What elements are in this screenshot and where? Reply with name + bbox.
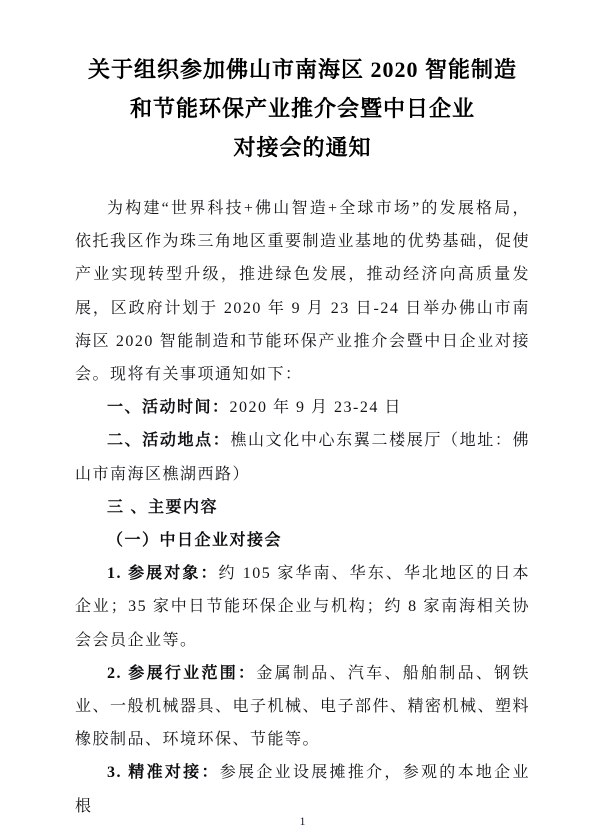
item-industry-scope-label: 2. 参展行业范围：: [107, 665, 256, 682]
document-title: 关于组织参加佛山市南海区 2020 智能制造 和节能环保产业推介会暨中日企业 对…: [0, 50, 605, 167]
item-precise-matching: 3. 精准对接：参展企业设展摊推介，参观的本地企业根: [75, 756, 530, 822]
item-exhibitors: 1. 参展对象：约 105 家华南、华东、华北地区的日本企业；35 家中日节能环…: [75, 557, 530, 657]
section-time: 一、活动时间：2020 年 9 月 23-24 日: [75, 391, 530, 424]
item-industry-scope: 2. 参展行业范围：金属制品、汽车、船舶制品、钢铁业、一般机械器具、电子机械、电…: [75, 657, 530, 757]
subsection-heading: （一）中日企业对接会: [75, 524, 530, 557]
document-body: 为构建“世界科技+佛山智造+全球市场”的发展格局，依托我区作为珠三角地区重要制造…: [75, 192, 530, 823]
title-line-2: 和节能环保产业推介会暨中日企业: [40, 89, 565, 128]
title-line-1: 关于组织参加佛山市南海区 2020 智能制造: [40, 50, 565, 89]
section-time-label: 一、活动时间：: [107, 399, 230, 416]
item-exhibitors-label: 1. 参展对象：: [107, 565, 219, 582]
section-main-content-label: 三 、主要内容: [107, 499, 218, 516]
section-main-content: 三 、主要内容: [75, 491, 530, 524]
section-time-value: 2020 年 9 月 23-24 日: [230, 399, 402, 416]
title-line-3: 对接会的通知: [40, 128, 565, 167]
document-page: 关于组织参加佛山市南海区 2020 智能制造 和节能环保产业推介会暨中日企业 对…: [0, 0, 605, 839]
section-venue: 二、活动地点：樵山文化中心东翼二楼展厅（地址：佛山市南海区樵湖西路）: [75, 424, 530, 490]
intro-paragraph: 为构建“世界科技+佛山智造+全球市场”的发展格局，依托我区作为珠三角地区重要制造…: [75, 192, 530, 391]
section-venue-label: 二、活动地点：: [107, 432, 230, 449]
page-number: 1: [0, 814, 605, 829]
item-precise-matching-label: 3. 精准对接：: [107, 764, 220, 781]
